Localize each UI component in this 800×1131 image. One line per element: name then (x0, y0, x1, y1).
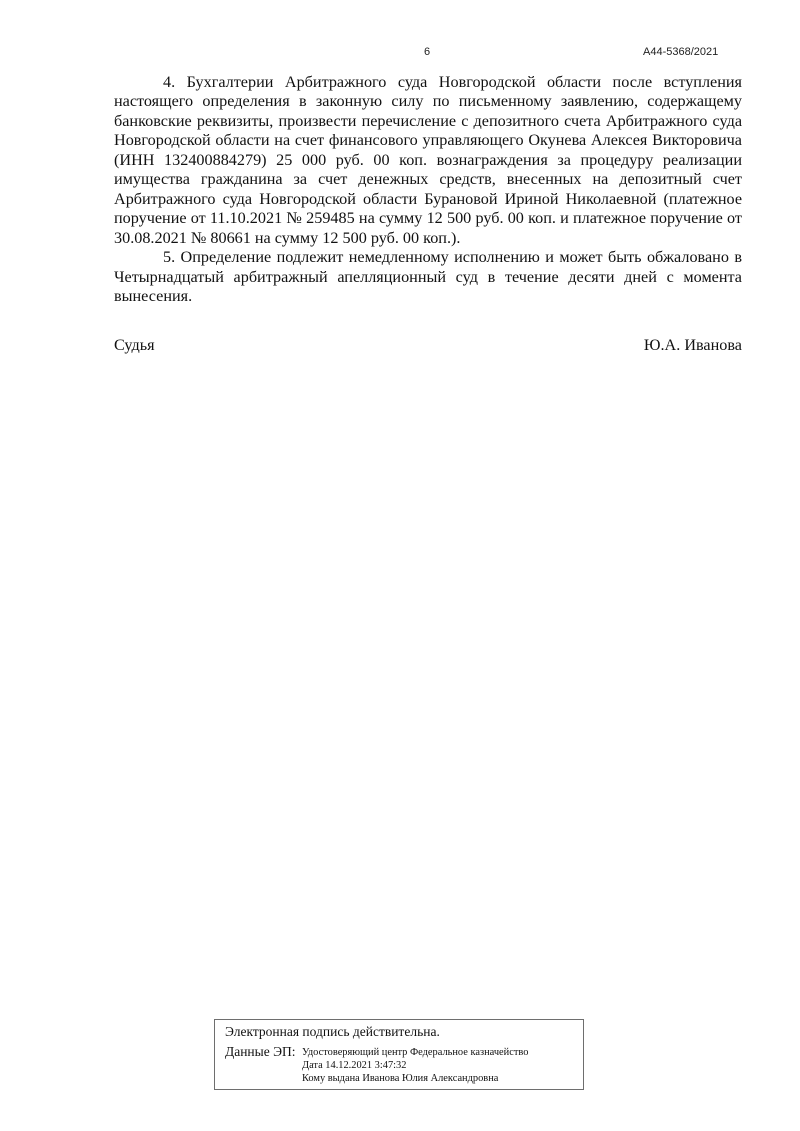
electronic-signature-stamp: Электронная подпись действительна. Данны… (214, 1019, 584, 1090)
esig-issuer: Удостоверяющий центр Федеральное казначе… (302, 1046, 528, 1059)
esig-issued-to: Кому выдана Иванова Юлия Александровна (302, 1072, 528, 1085)
signer-role: Судья (114, 336, 155, 355)
page-number: 6 (424, 46, 430, 58)
paragraph-5: 5. Определение подлежит немедленному исп… (114, 248, 742, 306)
esig-title: Электронная подпись действительна. (225, 1024, 440, 1040)
esig-date: Дата 14.12.2021 3:47:32 (302, 1059, 528, 1072)
document-body: 4. Бухгалтерии Арбитражного суда Новгоро… (114, 73, 742, 306)
esig-details: Удостоверяющий центр Федеральное казначе… (302, 1046, 528, 1085)
signature-block: Судья Ю.А. Иванова (114, 336, 742, 355)
paragraph-4: 4. Бухгалтерии Арбитражного суда Новгоро… (114, 73, 742, 248)
esig-label: Данные ЭП: (225, 1044, 296, 1060)
case-number: А44-5368/2021 (643, 46, 718, 58)
signer-name: Ю.А. Иванова (644, 336, 742, 355)
